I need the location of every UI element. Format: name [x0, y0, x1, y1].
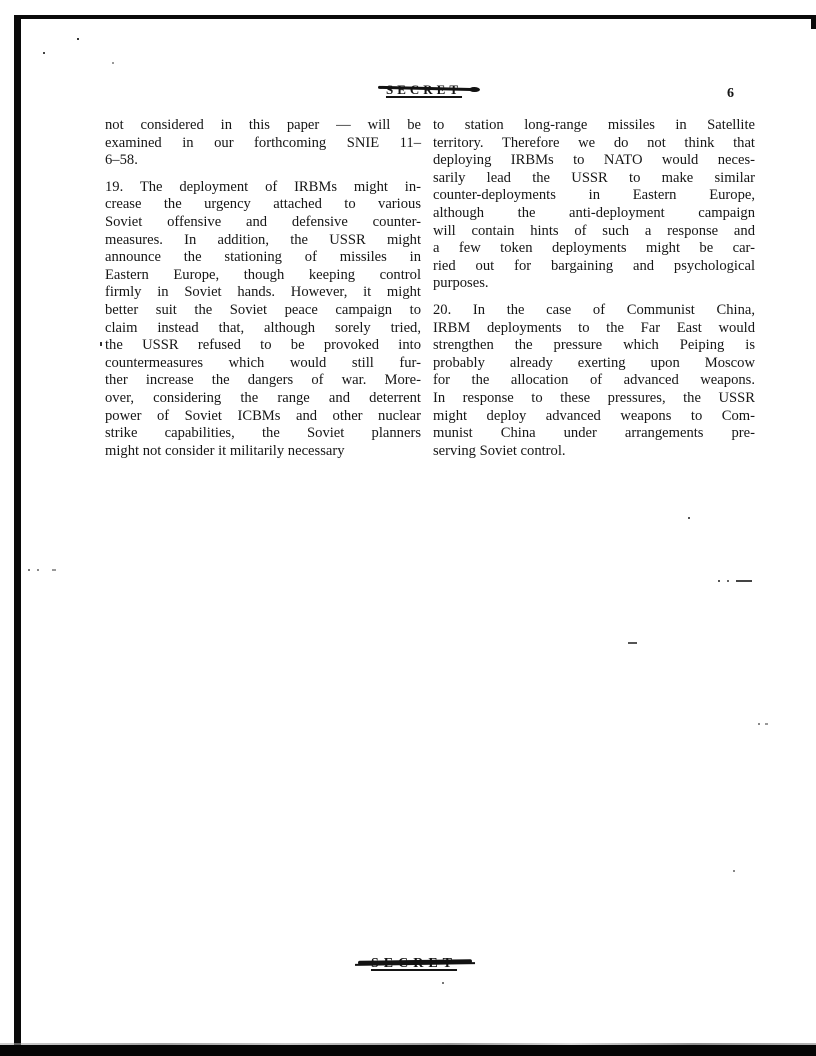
scan-dash [628, 642, 637, 644]
text-line: examined in our forthcoming SNIE 11– [105, 135, 421, 153]
scan-speck [112, 62, 114, 64]
scan-border-top [14, 15, 816, 19]
scan-speck [100, 342, 102, 346]
text-line: claim instead that, although sorely trie… [105, 320, 421, 338]
page-footer: SECRET [0, 954, 816, 972]
text-line: better suit the Soviet peace campaign to [105, 302, 421, 320]
text-line: firmly in Soviet hands. However, it migh… [105, 284, 421, 302]
text-line: 19. The deployment of IRBMs might in- [105, 179, 421, 197]
text-line: to station long-range missiles in Satell… [433, 117, 755, 135]
classification-stamp-footer: SECRET [371, 954, 457, 972]
text-line: Eastern Europe, though keeping control [105, 267, 421, 285]
page-number: 6 [727, 86, 734, 102]
text-line: ther increase the dangers of war. More- [105, 372, 421, 390]
text-line: purposes. [433, 275, 755, 293]
text-line: munist China under arrangements pre- [433, 425, 755, 443]
classification-stamp-header: SECRET [386, 81, 462, 99]
paragraph: 20. In the case of Communist China,IRBM … [433, 302, 755, 460]
text-line: crease the urgency attached to various [105, 196, 421, 214]
scan-speck [688, 517, 690, 519]
text-line: In response to these pressures, the USSR [433, 390, 755, 408]
scan-border-top-right [811, 15, 816, 29]
text-line: a few token deployments might be car- [433, 240, 755, 258]
text-line: countermeasures which would still fur- [105, 355, 421, 373]
text-line: 20. In the case of Communist China, [433, 302, 755, 320]
scan-border-left [14, 15, 21, 1050]
text-line: IRBM deployments to the Far East would [433, 320, 755, 338]
scan-speck [43, 52, 45, 54]
text-line: strengthen the pressure which Peiping is [433, 337, 755, 355]
text-line: although the anti-deployment campaign [433, 205, 755, 223]
scan-speck [442, 982, 444, 984]
text-line: sarily lead the USSR to make similar [433, 170, 755, 188]
text-line: deploying IRBMs to NATO would neces- [433, 152, 755, 170]
scan-speck [28, 569, 30, 571]
strikethrough-mark [358, 959, 472, 965]
text-line: power of Soviet ICBMs and other nuclear [105, 408, 421, 426]
paragraph: 19. The deployment of IRBMs might in-cre… [105, 179, 421, 461]
scan-speck [718, 580, 720, 582]
scan-speck [52, 569, 56, 571]
text-line: not considered in this paper — will be [105, 117, 421, 135]
scan-dash [736, 580, 752, 582]
text-line: counter-deployments in Eastern Europe, [433, 187, 755, 205]
left-column: not considered in this paper — will beex… [105, 117, 421, 460]
text-line: Soviet offensive and defensive counter- [105, 214, 421, 232]
text-line: serving Soviet control. [433, 443, 755, 461]
text-line: for the allocation of advanced weapons. [433, 372, 755, 390]
paragraph: to station long-range missiles in Satell… [433, 117, 755, 293]
text-line: will contain hints of such a response an… [433, 223, 755, 241]
scan-speck [758, 723, 760, 725]
scan-speck [77, 38, 79, 40]
text-line: strike capabilities, the Soviet planners [105, 425, 421, 443]
text-line: ried out for bargaining and psychologica… [433, 258, 755, 276]
paragraph: not considered in this paper — will beex… [105, 117, 421, 170]
text-line: measures. In addition, the USSR might [105, 232, 421, 250]
scan-speck [765, 723, 768, 725]
scan-speck [37, 569, 39, 571]
text-line: territory. Therefore we do not think tha… [433, 135, 755, 153]
right-column: to station long-range missiles in Satell… [433, 117, 755, 460]
text-line: over, considering the range and deterren… [105, 390, 421, 408]
text-line: announce the stationing of missiles in [105, 249, 421, 267]
text-line: 6–58. [105, 152, 421, 170]
page-header: SECRET [0, 81, 816, 99]
scan-speck [733, 870, 735, 872]
text-line: the USSR refused to be provoked into [105, 337, 421, 355]
scan-border-bottom [0, 1045, 816, 1056]
text-line: might not consider it militarily necessa… [105, 443, 421, 461]
text-line: might deploy advanced weapons to Com- [433, 408, 755, 426]
text-line: probably already exerting upon Moscow [433, 355, 755, 373]
scan-speck [727, 580, 729, 582]
